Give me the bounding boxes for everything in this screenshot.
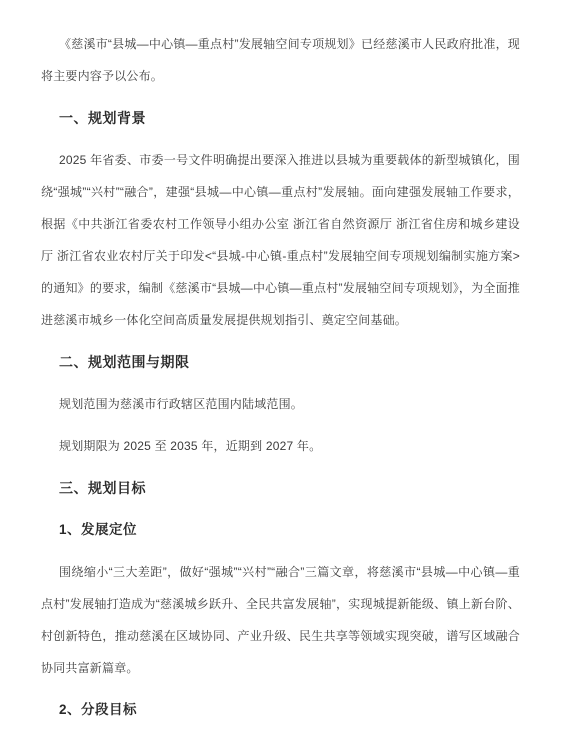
subheading-development-positioning: 1、发展定位 (41, 514, 520, 546)
section-heading-planning-background: 一、规划背景 (41, 102, 520, 134)
section-heading-planning-goals: 三、规划目标 (41, 472, 520, 504)
paragraph-background-detail: 2025 年省委、市委一号文件明确提出要深入推进以县城为重要载体的新型城镇化，围… (41, 144, 520, 336)
article-body: 《慈溪市“县城—中心镇—重点村”发展轴空间专项规划》已经慈溪市人民政府批准，现将… (0, 0, 561, 726)
section-heading-scope-and-period: 二、规划范围与期限 (41, 346, 520, 378)
paragraph-planning-scope: 规划范围为慈溪市行政辖区范围内陆域范围。 (41, 388, 520, 420)
paragraph-approval-notice: 《慈溪市“县城—中心镇—重点村”发展轴空间专项规划》已经慈溪市人民政府批准，现将… (41, 28, 520, 92)
paragraph-development-positioning-detail: 围绕缩小“三大差距”，做好“强城”“兴村”“融合”三篇文章，将慈溪市“县城—中心… (41, 556, 520, 684)
subheading-phased-goals: 2、分段目标 (41, 694, 520, 726)
paragraph-planning-period: 规划期限为 2025 至 2035 年，近期到 2027 年。 (41, 430, 520, 462)
